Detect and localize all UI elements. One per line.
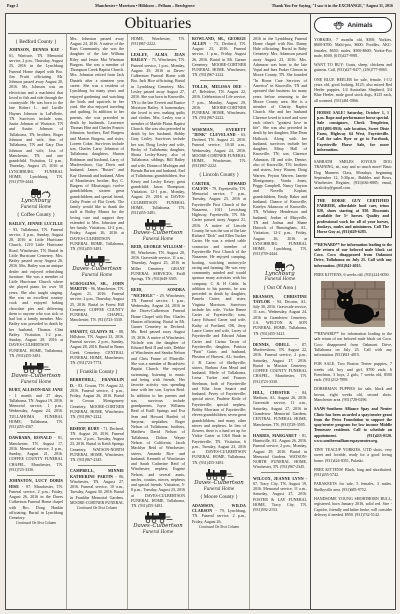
obituary-entry: SMARTT, GLADYS M. - 88, Hillsboro, TN. A… [70, 329, 124, 366]
classified-ad: **REWARD** for information leading to th… [314, 242, 392, 268]
funeral-home-logo-daves: Daves–CulbertsonFuneral Home [70, 254, 124, 277]
obituary-entry: DAWBARN, RONALD - 81, Manchester, TN. Au… [9, 435, 63, 472]
classified-ad: SAAW-Southern Alliance Spay and Neuter C… [314, 406, 392, 443]
obituary-entry: BISHOP, RUBY - 71, Decherd, TN. August 2… [70, 426, 124, 463]
obituary-name: JOHNSTON, LUCY DORIS HISE [9, 478, 63, 488]
column-4: ROWLAND, SR., GEORGE ALLEN - 73, Decherd… [188, 34, 249, 609]
obituary-name: REID, SONDRA "NICHOLE" [131, 287, 185, 297]
obituary-entry: BURT, ALLISON-RAE JANE - 1 month and 27 … [9, 387, 63, 429]
paw-icon [333, 21, 344, 30]
continued-note: Continued On Next Column [192, 525, 246, 530]
classified-ad: YORKIES, 7 months old, $300; Yorkies, $6… [314, 37, 392, 58]
obituary-name: WILCOX, JEANNE LYNN [253, 476, 304, 481]
classified-ad: ONE BLUE HEELER for sale, female, 1-1/2 … [314, 77, 392, 103]
obituary-name: HARRIS, MARGARET [253, 433, 297, 438]
newspaper-page: { "masthead": { "page": "Page 2", "cente… [0, 0, 400, 614]
funeral-home-logo-daves: Daves–CulbertsonFuneral Home [131, 218, 185, 241]
obituary-divider [17, 432, 56, 433]
funeral-home-subtitle: Funeral Home [9, 380, 63, 384]
obituary-divider [139, 284, 178, 285]
funeral-home-logo-daves: Daves–CulbertsonFuneral Home [131, 511, 185, 534]
obituary-entry: REID, GEORGE WILLIAM - 80, Winchester, T… [131, 244, 185, 281]
classified-ad: FOR SALE, Two Boston Terrier puppies, 7 … [314, 361, 392, 382]
classified-ad: HANDSOME YOUNG SHORTHORN BULL, registere… [314, 496, 392, 517]
obituary-entry: REID, SONDRA "NICHOLE" - 29, Winchester,… [131, 287, 185, 508]
obituary-name: ADAMSON, WILDA CLARSON [192, 503, 246, 513]
classifieds-sidebar: Animals YORKIES, 7 months old, $300; Yor… [310, 14, 395, 609]
animals-section-header: Animals [314, 17, 392, 33]
county-heading: { Moore County } [192, 494, 246, 501]
obituary-name: BISHOP, RUBY [70, 426, 100, 431]
obituary-entry: JOHNSON, DENNIS RAY - 61, Wartrace, TN. … [9, 47, 63, 184]
funeral-home-logo-lynchburg: LynchburgFuneral Home [9, 187, 63, 209]
obituary-divider [261, 472, 300, 473]
classified-ad: WANT TO BUY: Goats, sheep, chickens and … [314, 62, 392, 73]
obituary-divider [200, 80, 239, 81]
obituary-name: BERRYHILL, FRANKLIN D. [70, 377, 124, 387]
obituary-entry: DENNIS, ODELL - 87, Murfreesboro, TN. Au… [253, 342, 307, 384]
obituary-divider [78, 325, 117, 326]
funeral-home-subtitle: Funeral Home [70, 273, 124, 277]
classified-ads: YORKIES, 7 months old, $300; Yorkies, $6… [314, 37, 392, 521]
obituary-entry: HILL, CHESTER - 84, Madison, AL. August … [253, 390, 307, 427]
obituary-entry: CARTER, EDWARD CALVIN - 79, Fayetteville… [192, 181, 246, 465]
classified-ad: **REWARD** for information leading to th… [314, 331, 392, 357]
obituary-entry: BAILEY, JENNIE LUCILLE - 93, Tullahoma, … [9, 221, 63, 358]
classified-ad: THE HORSE GUY CERTIFIED FARRIER, afforda… [314, 195, 392, 238]
obituary-name: SCROGGINS, SR., JOHN MARTIN [70, 281, 124, 291]
page-title: Obituaries [8, 15, 308, 34]
obituary-entry: JOHNSTON, LUCY DORIS HISE - 87, Manchest… [9, 478, 63, 520]
animals-label: Animals [347, 22, 372, 29]
classified-ad: HORSE SALE! Saturday, October 1, 1 p.m. … [314, 107, 392, 155]
hearse-icon [265, 260, 295, 272]
obituary-continuation: Mrs. Johnston passed away August 24, 201… [70, 36, 124, 252]
column-2: Mrs. Johnston passed away August 24, 201… [66, 34, 127, 609]
funeral-home-subtitle: Funeral Home [131, 530, 185, 534]
obituary-continuation: HOME, Winchester, TN. (931)967-2222. [131, 36, 185, 47]
continued-note: Continued On Next Column [70, 506, 124, 511]
classified-ad: SABBATH SMILES JOYOUS DOG TRAINING, sit,… [314, 159, 392, 191]
obituary-name: BRANSON, CHRISTINE TAYLOR [253, 294, 307, 304]
obituary-name: REID, GEORGE WILLIAM [131, 244, 183, 249]
funeral-home-logo-lynchburg: LynchburgFuneral Home [253, 260, 307, 282]
column-3: HOME, Winchester, TN. (931)967-2222.LESL… [127, 34, 188, 609]
classified-ad: PARAKEETS for sale, 5 females, 3 males. … [314, 481, 392, 492]
obituary-divider [139, 49, 178, 50]
column-1: { Bedford County }JOHNSON, DENNIS RAY - … [6, 34, 66, 609]
classified-ad: TINY TEACUP YORKIES, UTD shots, very swe… [314, 447, 392, 463]
obituary-entry: CAMPBELL, MINNIE KATHERINE PARTIN - 86, … [70, 468, 124, 505]
masthead-slogan: Thank You For Saying, "I saw it in the E… [272, 3, 393, 8]
black-cat-photo [321, 281, 385, 327]
obituary-name: CAMPBELL, MINNIE KATHERINE PARTIN [70, 468, 124, 478]
county-heading: { Franklin County } [70, 369, 124, 376]
funeral-home-subtitle: Funeral Home [9, 205, 63, 209]
obituary-entry: SCROGGINS, SR., JOHN MARTIN - 96, Manche… [70, 281, 124, 323]
funeral-home-logo-daves: Daves–CulbertsonFuneral Home [192, 468, 246, 491]
locomotive-icon [203, 468, 235, 481]
county-heading: { Out Of Area } [253, 285, 307, 292]
obituary-divider [78, 465, 117, 466]
page-frame: Obituaries { Bedford County }JOHNSON, DE… [5, 13, 396, 610]
obituary-columns: { Bedford County }JOHNSON, DENNIS RAY - … [6, 34, 310, 609]
obituary-divider [17, 475, 56, 476]
obituary-name: WISEMAN, EVERETT "DINK" CLEVELAND [192, 127, 246, 137]
obituary-entry: HARRIS, MARGARET - 81, Huntsville, AL. A… [253, 433, 307, 470]
obituaries-area: Obituaries { Bedford County }JOHNSON, DE… [6, 14, 310, 609]
page-number: Page 2 [7, 3, 18, 8]
obituary-name: DAWBARN, RONALD [9, 435, 52, 440]
obituary-divider [78, 422, 117, 423]
obituary-divider [261, 386, 300, 387]
obituary-divider [261, 338, 300, 339]
obituary-entry: ADAMSON, WILDA CLARSON - 79, Lynchburg, … [192, 503, 246, 524]
masthead: Page 2 Manchester • Morrison • Hillsboro… [0, 0, 400, 9]
obituary-name: ROWLAND, SR., GEORGE ALLEN [192, 36, 246, 46]
masthead-towns: Manchester • Morrison • Hillsboro – Pelh… [95, 3, 195, 8]
classified-ad: FREE KITTENS! Black, long and shorthaire… [314, 467, 392, 478]
obituary-entry: BRANSON, CHRISTINE TAYLOR - 94, Decatur,… [253, 294, 307, 336]
continued-note: Continued On Next Column [9, 521, 63, 526]
classified-ad: FREE KITTENS, 6 weeks old. (931)224-6050… [314, 272, 392, 277]
obituary-name: BURT, ALLISON-RAE JANE [9, 387, 63, 392]
county-heading: { Coffee County } [9, 212, 63, 219]
obituary-name: DENNIS, ODELL [253, 342, 290, 347]
obituary-entry: BERRYHILL, FRANKLIN D. - 83, Cowan, TN. … [70, 377, 124, 419]
obituary-name: CARTER, EDWARD CALVIN [192, 181, 246, 191]
obituary-entry: ROWLAND, SR., GEORGE ALLEN - 73, Decherd… [192, 36, 246, 78]
obituary-name: TOLLIS, MELISSA DEE [192, 84, 242, 89]
classified-photo [314, 281, 392, 327]
funeral-home-subtitle: Funeral Home [253, 277, 307, 281]
funeral-home-subtitle: Funeral Home [192, 487, 246, 491]
obituary-entry: WILCOX, JEANNE LYNN - 67, Tracy City, TN… [253, 476, 307, 513]
county-heading: { Bedford County } [9, 39, 63, 46]
obituary-entry: WISEMAN, EVERETT "DINK" CLEVELAND - 63, … [192, 127, 246, 169]
column-5: 2016 in the Lynchburg Funeral Home chape… [249, 34, 310, 609]
funeral-home-subtitle: Funeral Home [131, 237, 185, 241]
obituary-divider [261, 429, 300, 430]
county-heading: { Lincoln County } [192, 172, 246, 179]
obituary-name: HILL, CHESTER [253, 390, 290, 395]
obituary-name: LESLEY, ALMA JEAN BAILEY [131, 52, 185, 62]
funeral-home-logo-daves: Daves–CulbertsonFuneral Home [9, 361, 63, 384]
obituary-name: BAILEY, JENNIE LUCILLE [9, 221, 63, 226]
obituary-entry: LESLEY, ALMA JEAN BAILEY - 73, Wincheste… [131, 52, 185, 215]
obituary-entry: TOLLIS, MELISSA DEE - 47, Belvidere, TN.… [192, 84, 246, 121]
obituary-name: SMARTT, GLADYS M. [70, 329, 114, 334]
obituary-name: JOHNSON, DENNIS RAY [9, 47, 59, 52]
obituary-divider [200, 123, 239, 124]
classified-ad: DOBERMAN PUPPIES for sale, black and bro… [314, 386, 392, 402]
obituary-continuation: 2016 in the Lynchburg Funeral Home chape… [253, 36, 307, 257]
